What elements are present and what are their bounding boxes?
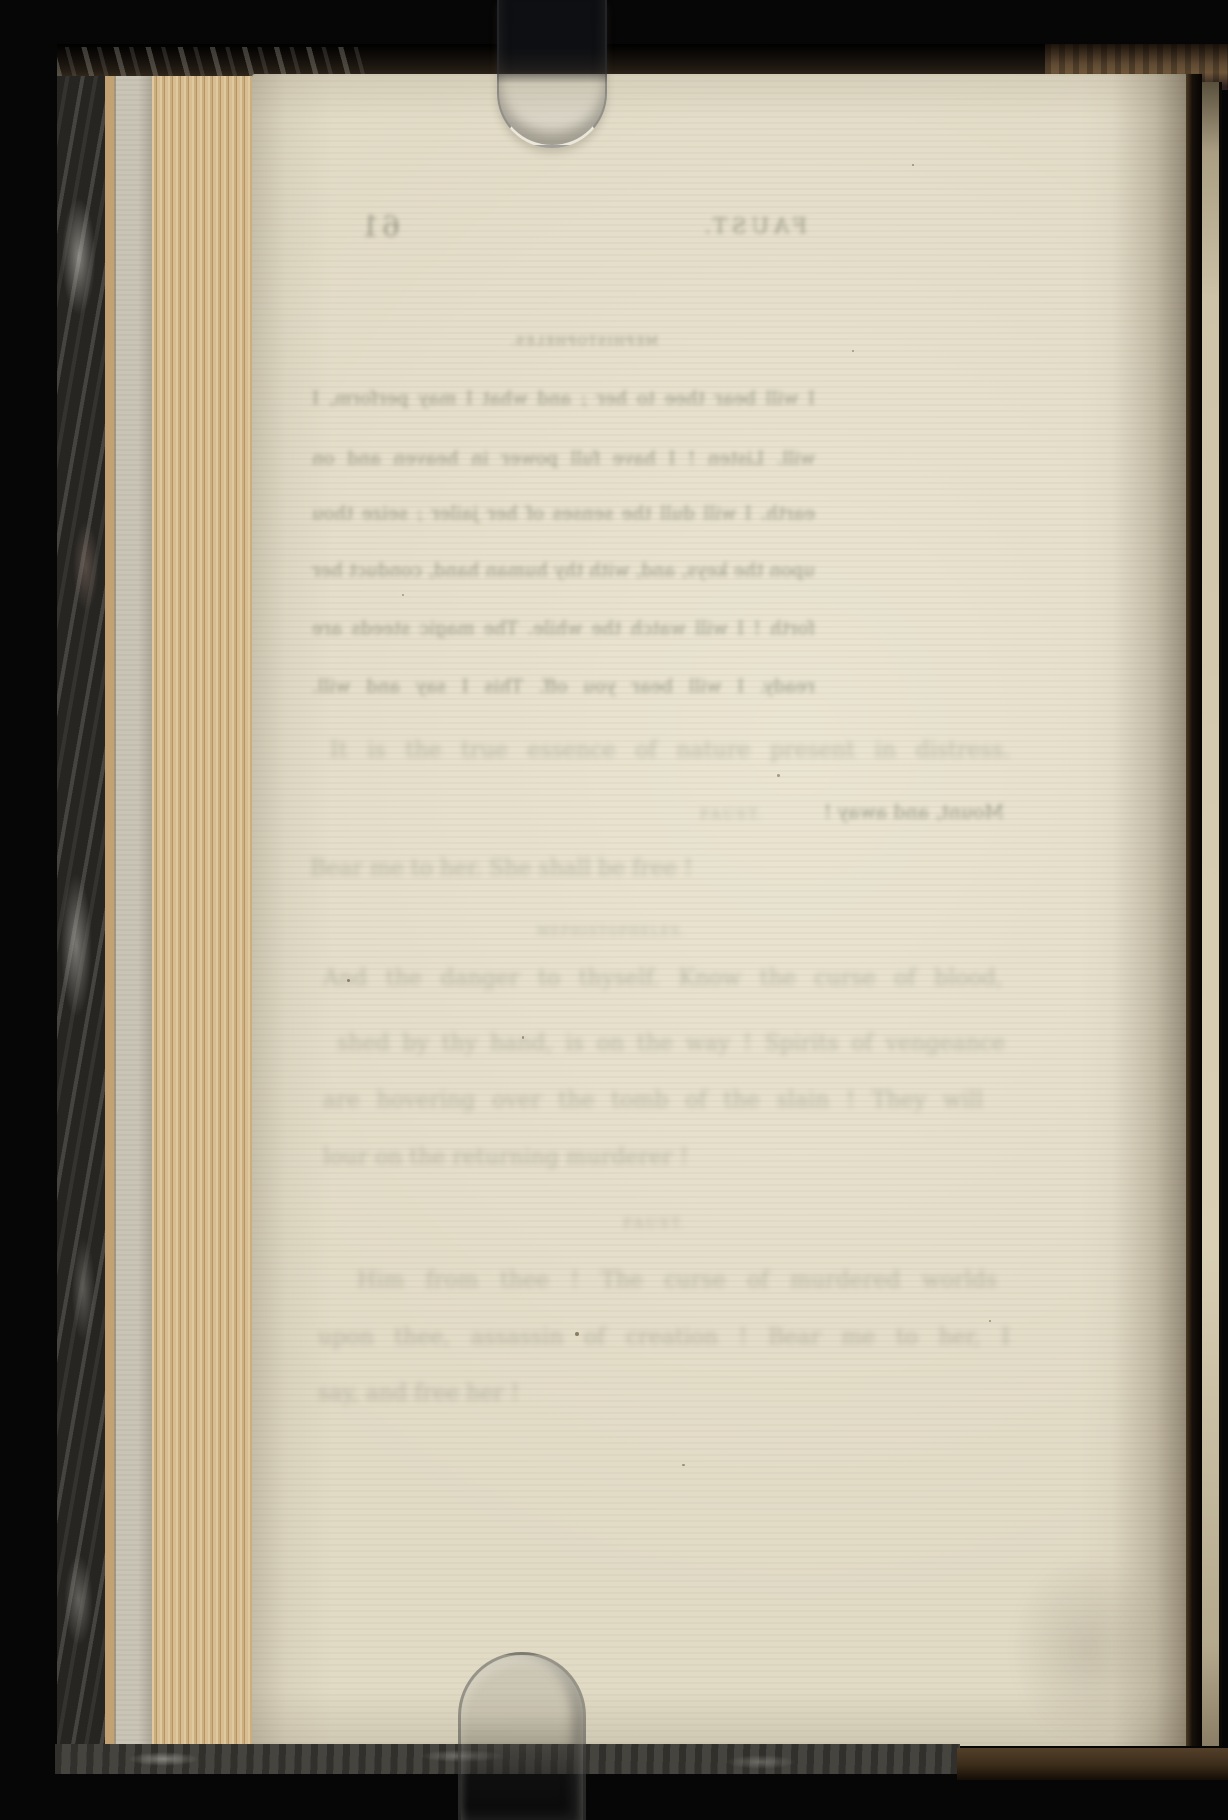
foxing-speck: [575, 1332, 579, 1336]
book-gutter: [1186, 74, 1202, 1746]
foxing-speck: [989, 1320, 991, 1322]
foxing-speck: [912, 164, 914, 166]
foxing-speck: [852, 350, 854, 352]
page-smudge-shadow: [987, 1524, 1187, 1774]
flyleaf-page-edge: [105, 70, 152, 1746]
facing-page-edge: [1202, 82, 1222, 1746]
foxing-speck: [777, 774, 780, 777]
board-top-edge-marble: [57, 47, 367, 76]
gutter-fold-shadow: [1112, 74, 1190, 1746]
book-scan-photo: 61 FAUST. MEPHISTOPHELES. I will bear th…: [0, 0, 1228, 1820]
foxing-speck: [402, 594, 404, 596]
scanner-clamp-top: [497, 0, 607, 148]
blank-verso-page: 61 FAUST. MEPHISTOPHELES. I will bear th…: [252, 74, 1190, 1746]
foxing-speck: [347, 979, 350, 982]
fore-edge-page-stack: [152, 72, 252, 1746]
paper-grain-texture: [252, 74, 1190, 1746]
leather-tailcap: [957, 1748, 1228, 1780]
scanner-clamp-bottom: [458, 1652, 586, 1820]
marbled-board-edge: [57, 50, 105, 1772]
foxing-speck: [522, 1036, 524, 1039]
foxing-speck: [682, 1464, 685, 1466]
